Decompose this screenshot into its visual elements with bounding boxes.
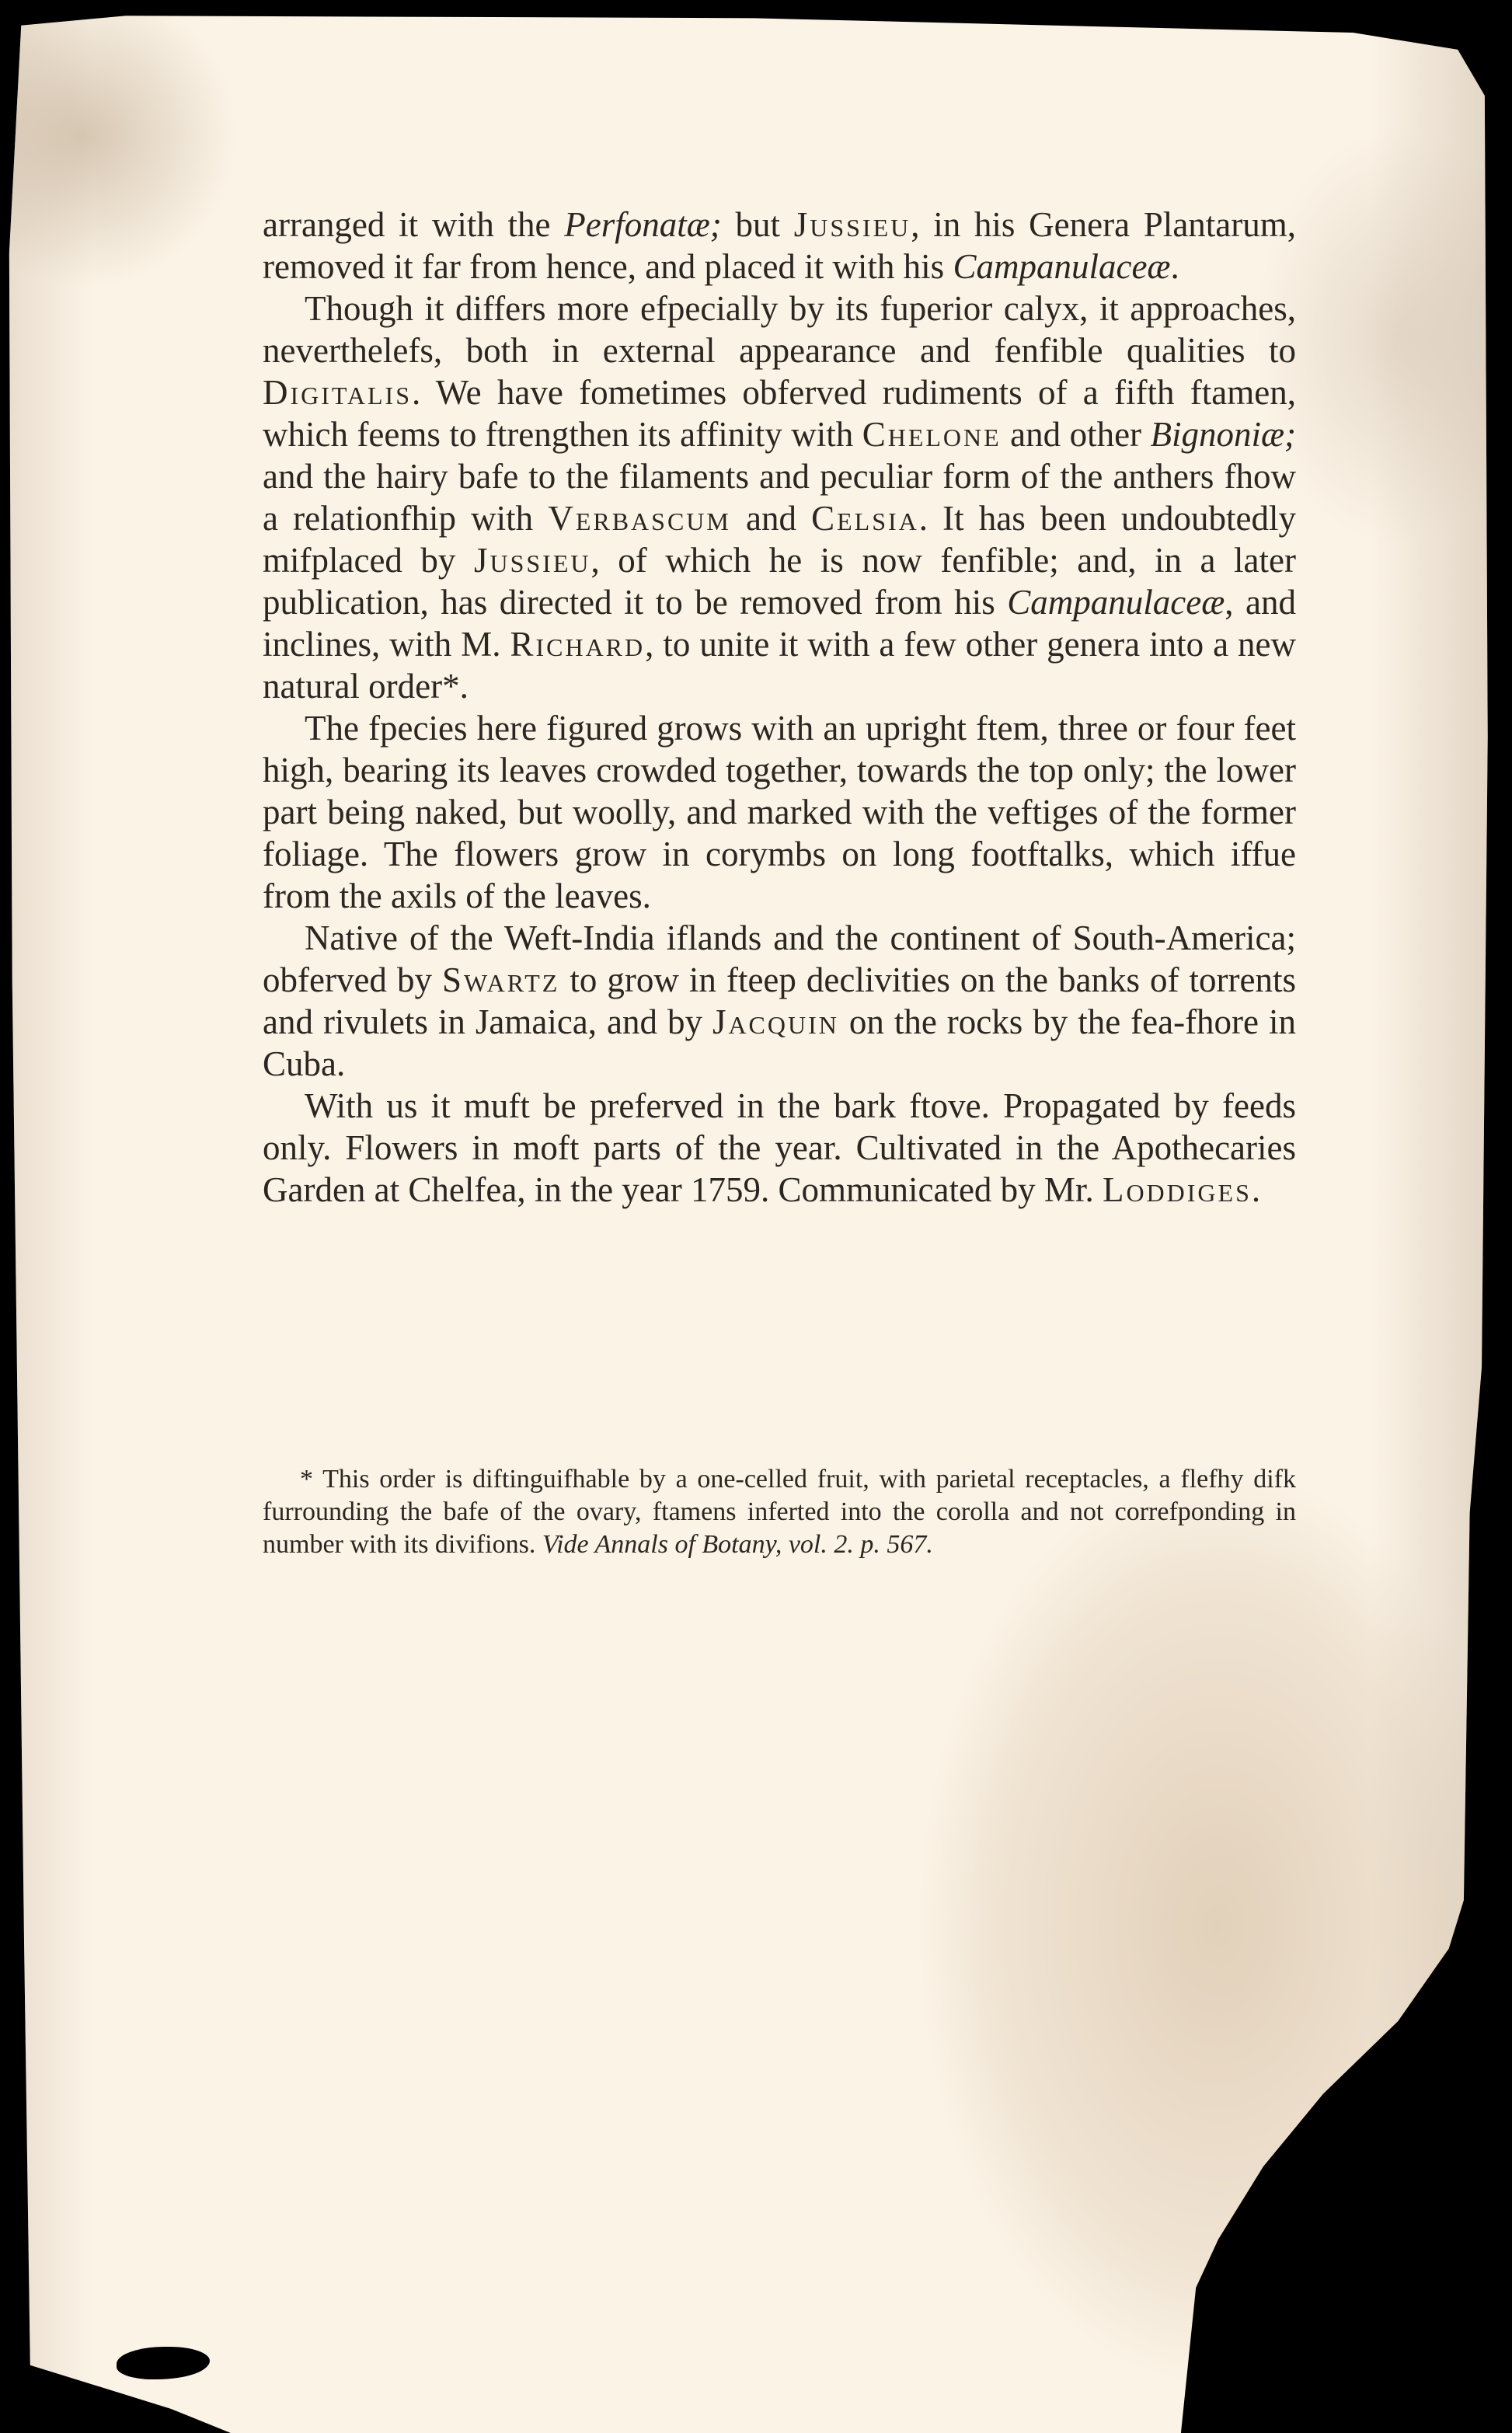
italic-term: Perfonatæ; (564, 205, 721, 244)
name-smallcaps: Swartz (442, 960, 559, 999)
paragraph: arranged it with the Perfonatæ; but Juss… (263, 204, 1296, 288)
text-run: . (1252, 1170, 1260, 1209)
italic-term: Campanulaceæ (1007, 583, 1225, 622)
paragraph: With us it muft be preferved in the bark… (263, 1085, 1296, 1211)
text-run: but (722, 205, 794, 244)
text-run: The fpecies here figured grows with an u… (263, 709, 1296, 915)
name-smallcaps: Digitalis (263, 373, 412, 412)
name-smallcaps: Chelone (862, 415, 1002, 454)
text-run: and other (1002, 415, 1151, 454)
paragraph: Though it differs more efpecially by its… (263, 288, 1296, 707)
text-run: arranged it with the (263, 205, 564, 244)
name-smallcaps: Verbascum (548, 499, 731, 538)
name-smallcaps: Jacquin (712, 1002, 839, 1041)
italic-term: Bignoniæ; (1151, 415, 1297, 454)
name-smallcaps: Jussieu (474, 541, 591, 580)
name-smallcaps: Jussieu (794, 205, 911, 244)
body-text: arranged it with the Perfonatæ; but Juss… (263, 204, 1296, 1211)
footnote: * This order is diftinguifhable by a one… (263, 1463, 1296, 1561)
italic-term: Campanulaceæ (953, 247, 1170, 286)
paragraph: The fpecies here figured grows with an u… (263, 707, 1296, 917)
text-run: Though it differs more efpecially by its… (263, 289, 1296, 370)
italic-term: Vide Annals of Botany, vol. 2. p. 567. (542, 1530, 933, 1559)
text-run: and (731, 499, 811, 538)
name-smallcaps: Richard (510, 625, 645, 664)
paragraph: Native of the Weft-India iflands and the… (263, 917, 1296, 1085)
text-run: . (1170, 247, 1179, 286)
name-smallcaps: Celsia (811, 499, 919, 538)
name-smallcaps: Loddiges (1103, 1170, 1252, 1209)
book-page: arranged it with the Perfonatæ; but Juss… (6, 11, 1503, 2433)
